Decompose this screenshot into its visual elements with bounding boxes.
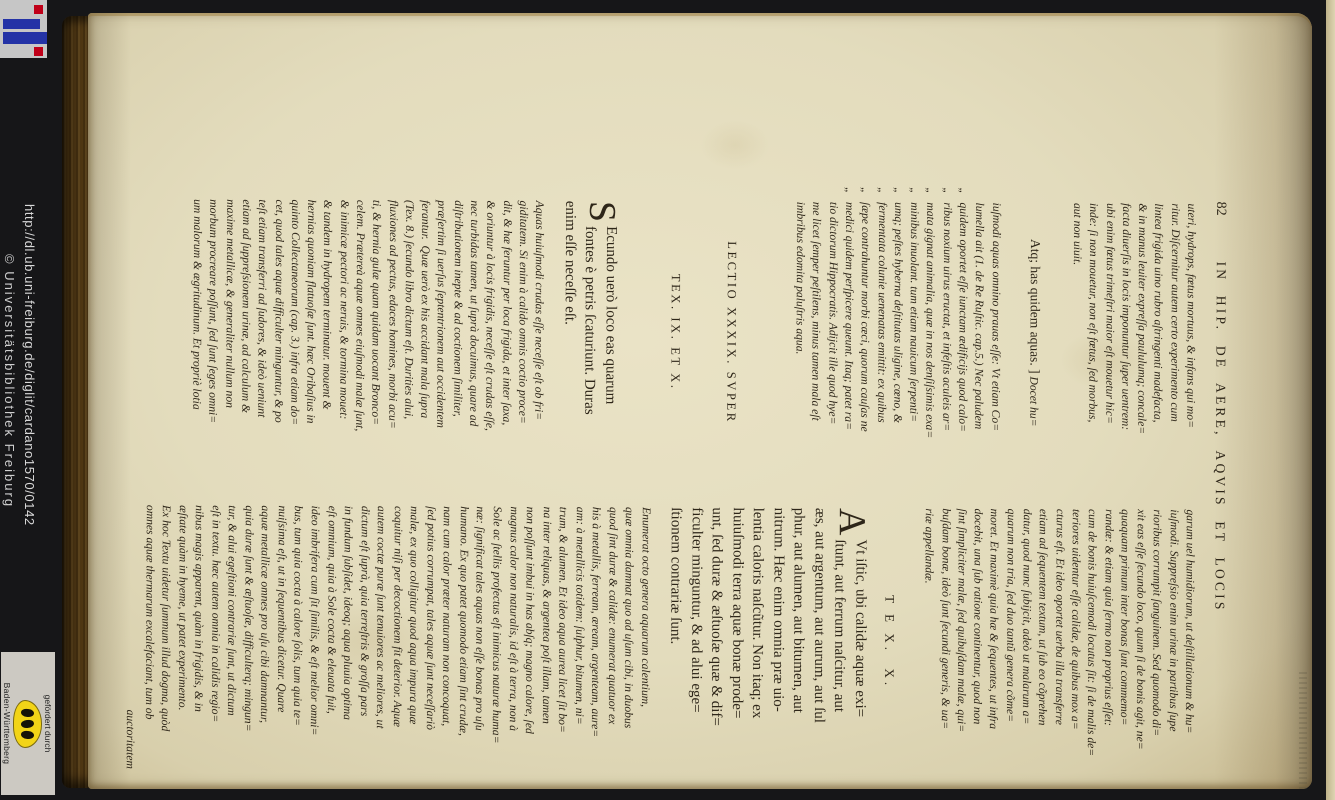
text-line: Enumerat octo genera aquarum calentium, <box>636 507 654 775</box>
text-line: ſtunt, aut ferrum naſcitur, aut <box>829 508 851 776</box>
margin-quote-mark: „ <box>890 187 906 192</box>
text-line: „quidem oportet eſſe iunctam ædificijs q… <box>954 202 971 464</box>
text-line: na inter reliquas, & argentea poſt illam… <box>537 507 555 775</box>
text-line: „minibus inuolant. tum etiam nauicum ſer… <box>905 202 922 464</box>
text-line: ritur. Diſcernitur autem certo experimen… <box>1165 203 1182 465</box>
commentary-left: Aquas huiuſmodi crudas eſſe neceſſe eſt … <box>188 199 548 463</box>
copyright-watermark: © Universitätsbibliothek Freiburg <box>2 254 17 508</box>
text-line: aut non uiuit. <box>1068 203 1085 465</box>
text-line: ferantur. Quæ uerò ex his accidant mala … <box>416 200 433 462</box>
text-line: cum de bonis huiuſcemodi locutus ſit: ſi… <box>1083 509 1100 777</box>
funding-label: gefördert durch <box>43 652 53 795</box>
text-line: garum uel humidiorum, ut deſtillationum … <box>1180 509 1197 777</box>
margin-quote-mark: „ <box>857 187 873 192</box>
url-watermark: http://dl.ub.uni-freiburg.de/diglit/card… <box>22 204 37 526</box>
text-line: & in manus leuiter expreſſa paululumq; c… <box>1133 203 1150 465</box>
text-line: buſdam bonæ, ideò ſunt ſecundi generis, … <box>936 508 953 776</box>
text-line: moret. Et maximè quia hæ & ſequentes, ut… <box>985 509 1002 777</box>
text-line: Sole ac ſtellis profectus eſt inimicus n… <box>487 506 505 774</box>
column-right: garum uel humidiorum, ut deſtillationum … <box>124 505 1198 778</box>
text-line: morbum procreare poſſunt, ſed ſunt ſeges… <box>204 199 221 461</box>
text-line: in fundum ſubſidet, ideoq; aqua pluuia o… <box>338 506 356 774</box>
text-line: „fermentata colunie uenenatas emittit: e… <box>872 202 889 464</box>
funding-logo: gefördert durch Baden-Württemberg <box>1 652 55 795</box>
text-line: eſt in textu. hæc autem omnia in calidis… <box>206 505 224 773</box>
text-line: rioribus corrumpit ſanguinem. Sed quomod… <box>1148 509 1165 777</box>
text-line: „mata gignat animalia, quæ in nos denſiſ… <box>921 202 938 464</box>
text-line: coquitur niſi per decoctionem fit deteri… <box>388 506 406 774</box>
text-line: me licet ſemper peſtilens, minus tamen m… <box>807 202 824 464</box>
text-line: bus, tum quia cocta à calore ſolis, tum … <box>289 506 307 774</box>
commentary-right: Enumerat octo genera aquarum calentium,q… <box>140 505 654 775</box>
text-line: quarum non tria, ſed duo tantũ genera cõ… <box>1001 509 1018 777</box>
text-line: um malorum & ægritudinum. Et propriè lot… <box>188 199 205 461</box>
text-line: „medici quidem perſpicere queunt. Itaq; … <box>840 202 857 464</box>
text-line: lentia caloris naſcũtur. Non itaq; ex <box>747 508 769 776</box>
text-line: am: à metallicis totidem: ſulphur, bitum… <box>570 507 588 775</box>
lemma-continuation: Docet hu= <box>1027 374 1040 427</box>
text-line: quinto Collectaneorum (cap. 3.) infra et… <box>286 200 303 462</box>
text-line: lintea frigida uino rubro aſtringenti ma… <box>1149 203 1166 465</box>
text-line: omnes aquæ thermarum excalefaciant, tum … <box>140 505 158 773</box>
text-line: phur, aut alumen, aut bitumen, aut <box>788 508 810 776</box>
lectio-heading-line1: LECTIO XXXIX. SVPER <box>721 201 741 463</box>
catchword: auctoritatem <box>124 505 138 773</box>
text-line: „umq; peſtes hyberna deſtitutas uligine,… <box>889 202 906 464</box>
italic-continuation-paragraph: garum uel humidiorum, ut deſtillationum … <box>920 508 1198 777</box>
text-line: facta diuerſis in locis imponuntur ſuper… <box>1117 203 1134 465</box>
text-line: Ecundo uerò loco eas quarum <box>599 201 621 463</box>
page-number: 82 <box>1212 202 1228 216</box>
facing-page-edge <box>1326 0 1335 800</box>
text-line: cturus eſt. Et ideo oportet uerba illa t… <box>1050 509 1067 777</box>
text-line: teriores uidentur eſſe calidæ, de quibus… <box>1066 509 1083 777</box>
lemma-line: Atq; has quidem aquas. ] Docet hu= <box>1005 203 1064 465</box>
text-line: ubi enim fœtus trimeſtri maior eſt mouet… <box>1100 203 1117 465</box>
text-line: imbribus edomita paluſtris aqua. <box>791 202 808 464</box>
screenshot-root: { "frame": { "url_text": "http://dl.ub.u… <box>0 0 1335 800</box>
text-line: fontes è petris ſcaturiunt. Duras <box>579 201 601 463</box>
running-title: IN HIP. DE AERE, AQVIS ET LOCIS <box>1211 262 1229 613</box>
rotated-page-region: 82 IN HIP. DE AERE, AQVIS ET LOCIS uteri… <box>90 14 1312 788</box>
text-line: & tandem in hydropem terminatur. mouent … <box>318 200 335 462</box>
lion-icon <box>21 719 35 728</box>
text-line: & inimicæ pectori ac neruis, & tormina m… <box>334 200 351 462</box>
text-line: datur, quod nunc ſubijcit, adeò ut malar… <box>1017 509 1034 777</box>
textus-lines: Vt iſtic, ubi calidæ aquæ exi=ſtunt, aut… <box>665 507 871 776</box>
text-line: huiuſmodi terra aquæ bonæ prode= <box>726 507 748 775</box>
text-line: „ribus noxium uirus eructat, et infeſtis… <box>937 202 954 464</box>
text-line: hernias quoniam flatuoſæ ſunt. hæc Oriba… <box>302 200 319 462</box>
text-line: giditatem. Si enim à calido omnis coctio… <box>514 201 531 463</box>
text-line: aquæ metallicæ omnes pro uſu cibi damnan… <box>256 505 274 773</box>
lion-icon <box>21 730 35 740</box>
text-line: iuſmodi. Suppreſsio enim urinæ in partib… <box>1164 509 1181 777</box>
text-line: randæ: & etiam quia ſermo non proprius e… <box>1099 509 1116 777</box>
text-line: næ: ſignificat tales aquas non eſſe bona… <box>471 506 489 774</box>
text-line: fluxiones ad pectus, edaces homines, mor… <box>383 200 400 462</box>
text-line: etiam ad ſuppreſsionem urinæ, ad calculu… <box>237 199 254 461</box>
italic-intro-paragraph: uteri, hydrops, fœtus mortuus, & infans … <box>1068 203 1200 466</box>
text-line: etiam ad ſequentem textum, ut ſub eo cõp… <box>1034 509 1051 777</box>
text-line: præſertim ſi uerſus ſeptentrionem aut oc… <box>432 200 449 462</box>
text-line: nec turbidas tamen, ut ſuprà docuimus, q… <box>465 200 482 462</box>
text-line: lumella ait (1. de Re Ruſtic. cap.5.) Ne… <box>970 203 987 465</box>
text-line: ſtionem contrariæ ſunt. <box>665 507 687 775</box>
text-line: ſint ſimpliciter malæ, ſed quibuſdam mal… <box>952 508 969 776</box>
text-line: Vt iſtic, ubi calidæ aquæ exi= <box>849 508 871 776</box>
text-line: „ſæpe contrahuntur morbi cæci, quorum ca… <box>856 202 873 464</box>
text-line: quod ſint duræ & calidæ: enumerat quatuo… <box>603 507 621 775</box>
text-line: humano. Ex quo patet quomodo etiam ſint … <box>454 506 472 774</box>
logo-blue-bar-icon <box>3 32 47 44</box>
text-line: unt, ſed duræ & æſtuoſæ quæ & dif= <box>706 507 728 775</box>
text-line: tio dictorum Hippocratis. Adijcit ille q… <box>823 202 840 464</box>
logo-red-square-icon <box>34 5 43 14</box>
text-line: his à metallis, ferream, æream, argentea… <box>586 507 604 775</box>
text-line: teſt etiam transferri ad ſudores, & ideò… <box>253 199 270 461</box>
text-line: riæ appellandæ. <box>920 508 937 776</box>
text-line: æſtate quàm in hyeme, ut patet experimen… <box>173 505 191 773</box>
text-line: cet, quod tales aquæ difficulter mingunt… <box>269 199 286 461</box>
text-line: trum, & alumen. Et ideo aqua aurea licet… <box>553 507 571 775</box>
text-line: nibus magis apparent, quàm in frigidis, … <box>189 505 207 773</box>
text-line: Aquas huiuſmodi crudas eſſe neceſſe eſt … <box>530 201 547 463</box>
text-line: æs, aut argentum, aut aurum, aut ſul <box>808 508 830 776</box>
logo-blue-bar-icon <box>3 19 40 29</box>
textus-lines: Ecundo uerò loco eas quarumfontes è petr… <box>558 201 621 463</box>
ub-freiburg-logo <box>0 0 47 58</box>
tex-heading: T E X. X. <box>881 508 898 776</box>
logo-red-square-icon <box>34 47 43 56</box>
funding-region-label: Baden-Württemberg <box>2 652 12 795</box>
text-line: ſed potius corrumpat, tales aquæ ſunt ne… <box>421 506 439 774</box>
text-line: iuſmodi aquas omnino prauas eſſe: Vt eti… <box>986 203 1003 465</box>
margin-quote-mark: „ <box>955 187 971 192</box>
page-header: 82 IN HIP. DE AERE, AQVIS ET LOCIS <box>1210 202 1229 660</box>
margin-quote-mark: „ <box>873 187 889 192</box>
lemma-text: Atq; has quidem aquas. ] <box>1027 239 1043 374</box>
margin-quote-mark: „ <box>939 187 955 192</box>
text-line: tur, & alui egeſtioni contrariæ ſunt, ut… <box>222 505 240 773</box>
baden-wuerttemberg-arms-icon <box>13 700 42 748</box>
margin-quote-mark: „ <box>841 187 857 192</box>
text-line: nitrum. Hæc enim omnia præ uio- <box>767 508 789 776</box>
funding-logo-content: gefördert durch Baden-Württemberg <box>1 652 55 795</box>
text-line: ideo imbrifera cum ſit ſimilis, & eſt me… <box>305 506 323 774</box>
text-line: maxime metallicæ, & generaliter nullum n… <box>220 199 237 461</box>
textus-passage: S Ecundo uerò loco eas quarumfontes è pe… <box>558 201 621 463</box>
textus-passage: A Vt iſtic, ubi calidæ aquæ exi=ſtunt, a… <box>665 507 871 776</box>
text-line: nam cum calor præter naturam non concoqu… <box>438 506 456 774</box>
text-line: dit, & hæ feruntur per loca frigida, et … <box>497 200 514 462</box>
text-line: enim eſſe neceſſe eſt. <box>558 201 580 463</box>
margin-quote-mark: „ <box>906 187 922 192</box>
text-line: non poſſunt imbui in has abſq; magno cal… <box>520 507 538 775</box>
text-line: celem. Prætereà aquæ omnes eiuſmodi malæ… <box>351 200 368 462</box>
text-line: & oriuntur à locis frigidis, neceſſe eſt… <box>481 200 498 462</box>
text-line: inde: ſi non mouetur, non eſt fœtus, ſed… <box>1084 203 1101 465</box>
text-line: malæ, ex quo colligitur quod aqua impura… <box>404 506 422 774</box>
text-line: docebit, una ſub ratione continentur, qu… <box>969 509 986 777</box>
column-left: uteri, hydrops, fœtus mortuus, & infans … <box>188 199 1199 465</box>
text-line: uteri, hydrops, fœtus mortuus, & infans … <box>1182 203 1199 465</box>
text-line: magnus calor non naturalis, id eſt à ter… <box>504 506 522 774</box>
text-line: autem coctæ puræ ſunt tenuiores ac melio… <box>371 506 389 774</box>
lion-icon <box>21 708 35 718</box>
text-line: quaquam primum inter bonas ſunt commemo= <box>1115 509 1132 777</box>
text-line: eſt omnium, quia à Sole cocta & eleuata … <box>322 506 340 774</box>
lectio-heading: LECTIO XXXIX. SVPER TEX. IX. ET X. <box>629 201 778 464</box>
margin-quote-mark: „ <box>922 187 938 192</box>
quoted-passage: iuſmodi aquas omnino prauas eſſe: Vt eti… <box>791 202 1004 465</box>
text-line: ficulter minguntur, & ad alui ege= <box>685 507 707 775</box>
text-line: nuiſsima eſt, ut in ſequentibus dicetur.… <box>272 505 290 773</box>
page-content: 82 IN HIP. DE AERE, AQVIS ET LOCIS uteri… <box>87 9 1312 788</box>
text-line: dictum eſt ſuprà, quia terreſtris & groſ… <box>355 506 373 774</box>
lectio-heading-line2: TEX. IX. ET X. <box>666 201 686 463</box>
text-line: ti, & hernia gulæ quam quidam uocant Bro… <box>367 200 384 462</box>
text-line: quia duræ ſunt & æſtuoſæ, difficulterq; … <box>239 505 257 773</box>
text-line: diſtributionem inepte & ad coctionem ſim… <box>449 200 466 462</box>
text-line: Ex hoc Textu uidetur ſummum illud dogma,… <box>156 505 174 773</box>
text-line: xit eas eſſe ſecundo loco, quum ſi de bo… <box>1131 509 1148 777</box>
text-line: (Tex. 8.) ſecundo libro dictum eſt. Duri… <box>400 200 417 462</box>
text-line: quæ omnia damnat quo ad uſum cibi, in du… <box>620 507 638 775</box>
